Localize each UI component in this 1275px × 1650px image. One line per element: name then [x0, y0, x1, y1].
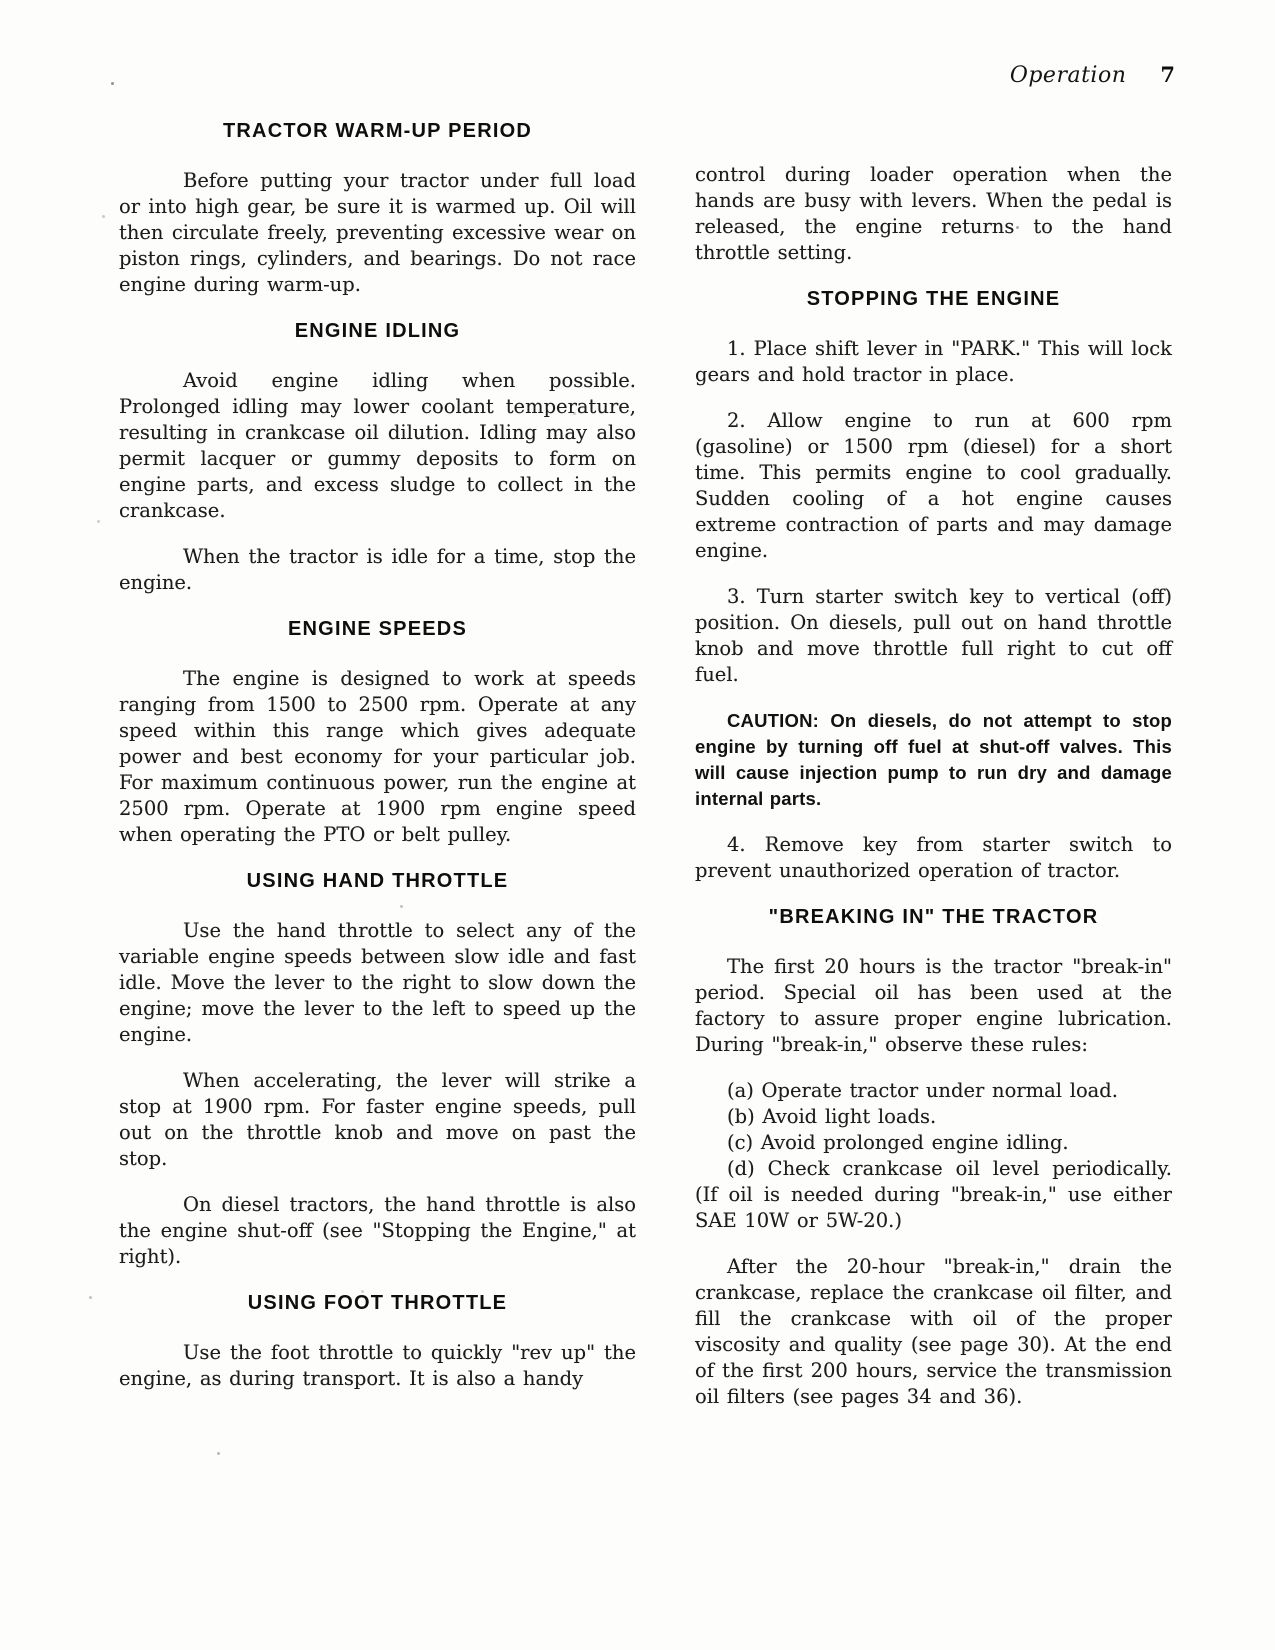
paragraph-warm-up: Before putting your tractor under full l… — [119, 168, 636, 298]
paragraph-idling-2: When the tractor is idle for a time, sto… — [119, 544, 636, 596]
paragraph-stop-step-1: 1. Place shift lever in "PARK." This wil… — [695, 336, 1172, 388]
running-header: Operation 7 — [1010, 62, 1175, 88]
paragraph-hand-throttle-2: When accelerating, the lever will strike… — [119, 1068, 636, 1172]
list-item-b: (b) Avoid light loads. — [695, 1104, 1172, 1130]
page-number: 7 — [1160, 62, 1175, 87]
heading-using-hand-throttle: USING HAND THROTTLE — [119, 868, 636, 894]
heading-tractor-warm-up-period: TRACTOR WARM-UP PERIOD — [119, 118, 636, 144]
paragraph-break-in-intro: The first 20 hours is the tractor "break… — [695, 954, 1172, 1058]
heading-engine-idling: ENGINE IDLING — [119, 318, 636, 344]
heading-engine-speeds: ENGINE SPEEDS — [119, 616, 636, 642]
list-item-d-paragraph: (d) Check crankcase oil level periodical… — [695, 1156, 1172, 1234]
paragraph-foot-throttle-continued: control during loader operation when the… — [695, 162, 1172, 266]
caution-paragraph: CAUTION: On diesels, do not attempt to s… — [695, 708, 1172, 812]
paragraph-foot-throttle: Use the foot throttle to quickly "rev up… — [119, 1340, 636, 1392]
paragraph-hand-throttle-3: On diesel tractors, the hand throttle is… — [119, 1192, 636, 1270]
paragraph-engine-speeds: The engine is designed to work at speeds… — [119, 666, 636, 848]
paragraph-idling-1: Avoid engine idling when possible. Prolo… — [119, 368, 636, 524]
heading-breaking-in-the-tractor: "BREAKING IN" THE TRACTOR — [695, 904, 1172, 930]
paragraph-stop-step-3: 3. Turn starter switch key to vertical (… — [695, 584, 1172, 688]
list-item-c: (c) Avoid prolonged engine idling. — [695, 1130, 1172, 1156]
paragraph-hand-throttle-1: Use the hand throttle to select any of t… — [119, 918, 636, 1048]
heading-using-foot-throttle: USING FOOT THROTTLE — [119, 1290, 636, 1316]
list-item-a: (a) Operate tractor under normal load. — [695, 1078, 1172, 1104]
left-column: TRACTOR WARM-UP PERIOD Before putting yo… — [119, 118, 636, 1412]
text-columns: TRACTOR WARM-UP PERIOD Before putting yo… — [119, 118, 1172, 1430]
paragraph-after-break-in: After the 20-hour "break-in," drain the … — [695, 1254, 1172, 1410]
scan-speckles — [111, 82, 114, 85]
right-column: control during loader operation when the… — [695, 118, 1172, 1430]
manual-page: Operation 7 TRACTOR WARM-UP PERIOD Befor… — [0, 0, 1275, 1650]
running-header-section-title: Operation — [1010, 63, 1127, 88]
paragraph-stop-step-4: 4. Remove key from starter switch to pre… — [695, 832, 1172, 884]
paragraph-stop-step-2: 2. Allow engine to run at 600 rpm (gasol… — [695, 408, 1172, 564]
heading-stopping-the-engine: STOPPING THE ENGINE — [695, 286, 1172, 312]
